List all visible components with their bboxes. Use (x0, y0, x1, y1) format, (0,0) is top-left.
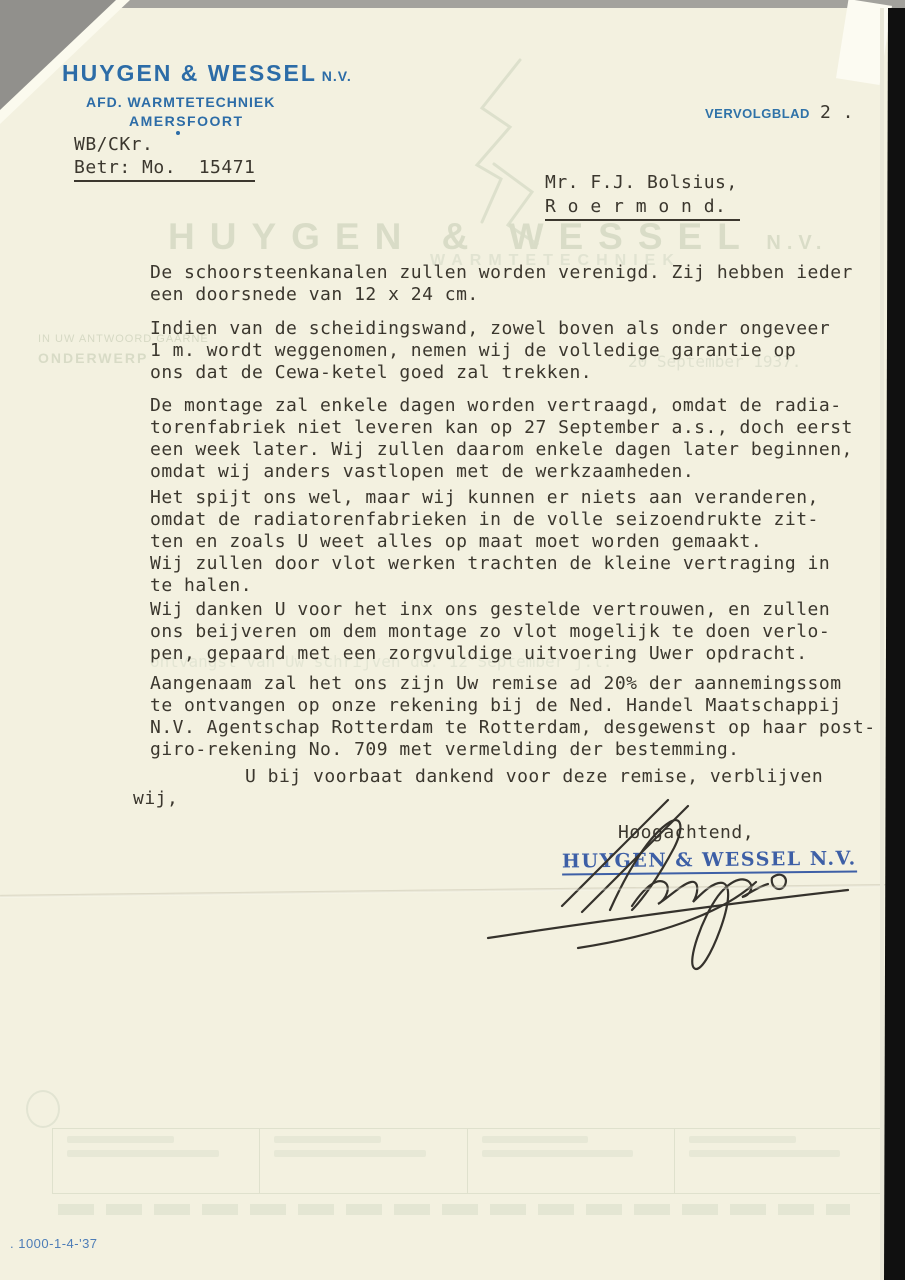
ghost-footer-text-smudge (58, 1204, 850, 1215)
body-line: ons dat de Cewa-ketel goed zal trekken. (150, 362, 830, 384)
body-line: torenfabriek niet leveren kan op 27 Sept… (150, 417, 853, 439)
continuation-sheet-label: VERVOLGBLAD (705, 106, 810, 121)
body-line: Wij zullen door vlot werken trachten de … (150, 553, 830, 575)
scanner-right-edge (884, 8, 905, 1280)
ghost-emblem-showthrough (26, 1090, 60, 1128)
ghost-footer-table-showthrough (52, 1128, 882, 1194)
body-line: ons beijveren om dem montage zo vlot mog… (150, 621, 830, 643)
letterhead-city: AMERSFOORT (129, 113, 244, 129)
ghost-letterhead-suffix: N.V. (755, 232, 828, 254)
addressee-name: Mr. F.J. Bolsius, (545, 172, 738, 194)
paragraph: Het spijt ons wel, maar wij kunnen er ni… (150, 487, 830, 597)
body-line: giro-rekening No. 709 met vermelding der… (150, 739, 876, 761)
body-line: een doorsnede van 12 x 24 cm. (150, 284, 853, 306)
subject-line: Betr: Mo. 15471 (74, 157, 255, 182)
scanner-top-edge (0, 0, 905, 8)
ghost-subject-label-showthrough: ONDERWERP (38, 350, 148, 366)
paragraph: De montage zal enkele dagen worden vertr… (150, 395, 853, 483)
ghost-table-cell (53, 1129, 260, 1193)
body-line: te ontvangen op onze rekening bij de Ned… (150, 695, 876, 717)
paragraph: Indien van de scheidingswand, zowel bove… (150, 318, 830, 384)
body-line: omdat de radiatorenfabrieken in de volle… (150, 509, 830, 531)
body-line: omdat wij anders vastlopen met de werkza… (150, 461, 853, 483)
body-line: 1 m. wordt weggenomen, nemen wij de voll… (150, 340, 830, 362)
paragraph: Wij danken U voor het inx ons gestelde v… (150, 599, 830, 665)
paragraph: De schoorsteenkanalen zullen worden vere… (150, 262, 853, 306)
body-line: pen, gepaard met een zorgvuldige uitvoer… (150, 643, 830, 665)
body-line: De schoorsteenkanalen zullen worden vere… (150, 262, 853, 284)
body-line: Wij danken U voor het inx ons gestelde v… (150, 599, 830, 621)
body-line: ten en zoals U weet alles op maat moet w… (150, 531, 830, 553)
signature (460, 778, 870, 1018)
letterhead-company-suffix: N.V. (317, 68, 352, 84)
letterhead-dot (176, 131, 180, 135)
body-line: Indien van de scheidingswand, zowel bove… (150, 318, 830, 340)
addressee-city: R o e r m o n d. (545, 196, 740, 221)
ghost-table-cell (468, 1129, 675, 1193)
letterhead-company-name: HUYGEN & WESSEL N.V. (62, 60, 352, 87)
letterhead-department: AFD. WARMTETECHNIEK (86, 94, 275, 110)
print-code: . 1000-1-4-'37 (10, 1236, 98, 1251)
body-line: N.V. Agentschap Rotterdam te Rotterdam, … (150, 717, 876, 739)
page-right-edge (880, 8, 884, 1280)
paragraph: Aangenaam zal het ons zijn Uw remise ad … (150, 673, 876, 761)
reference-code: WB/CKr. (74, 134, 153, 156)
ghost-table-cell (260, 1129, 467, 1193)
body-line: Het spijt ons wel, maar wij kunnen er ni… (150, 487, 830, 509)
body-line: Aangenaam zal het ons zijn Uw remise ad … (150, 673, 876, 695)
scanned-letter-page: HUYGEN & WESSEL N.V. WARMTETECHNIEK IN U… (0, 0, 905, 1280)
body-line: De montage zal enkele dagen worden vertr… (150, 395, 853, 417)
body-line: een week later. Wij zullen daarom enkele… (150, 439, 853, 461)
ghost-table-cell (675, 1129, 881, 1193)
page-number: 2 . (820, 102, 854, 124)
body-line: te halen. (150, 575, 830, 597)
